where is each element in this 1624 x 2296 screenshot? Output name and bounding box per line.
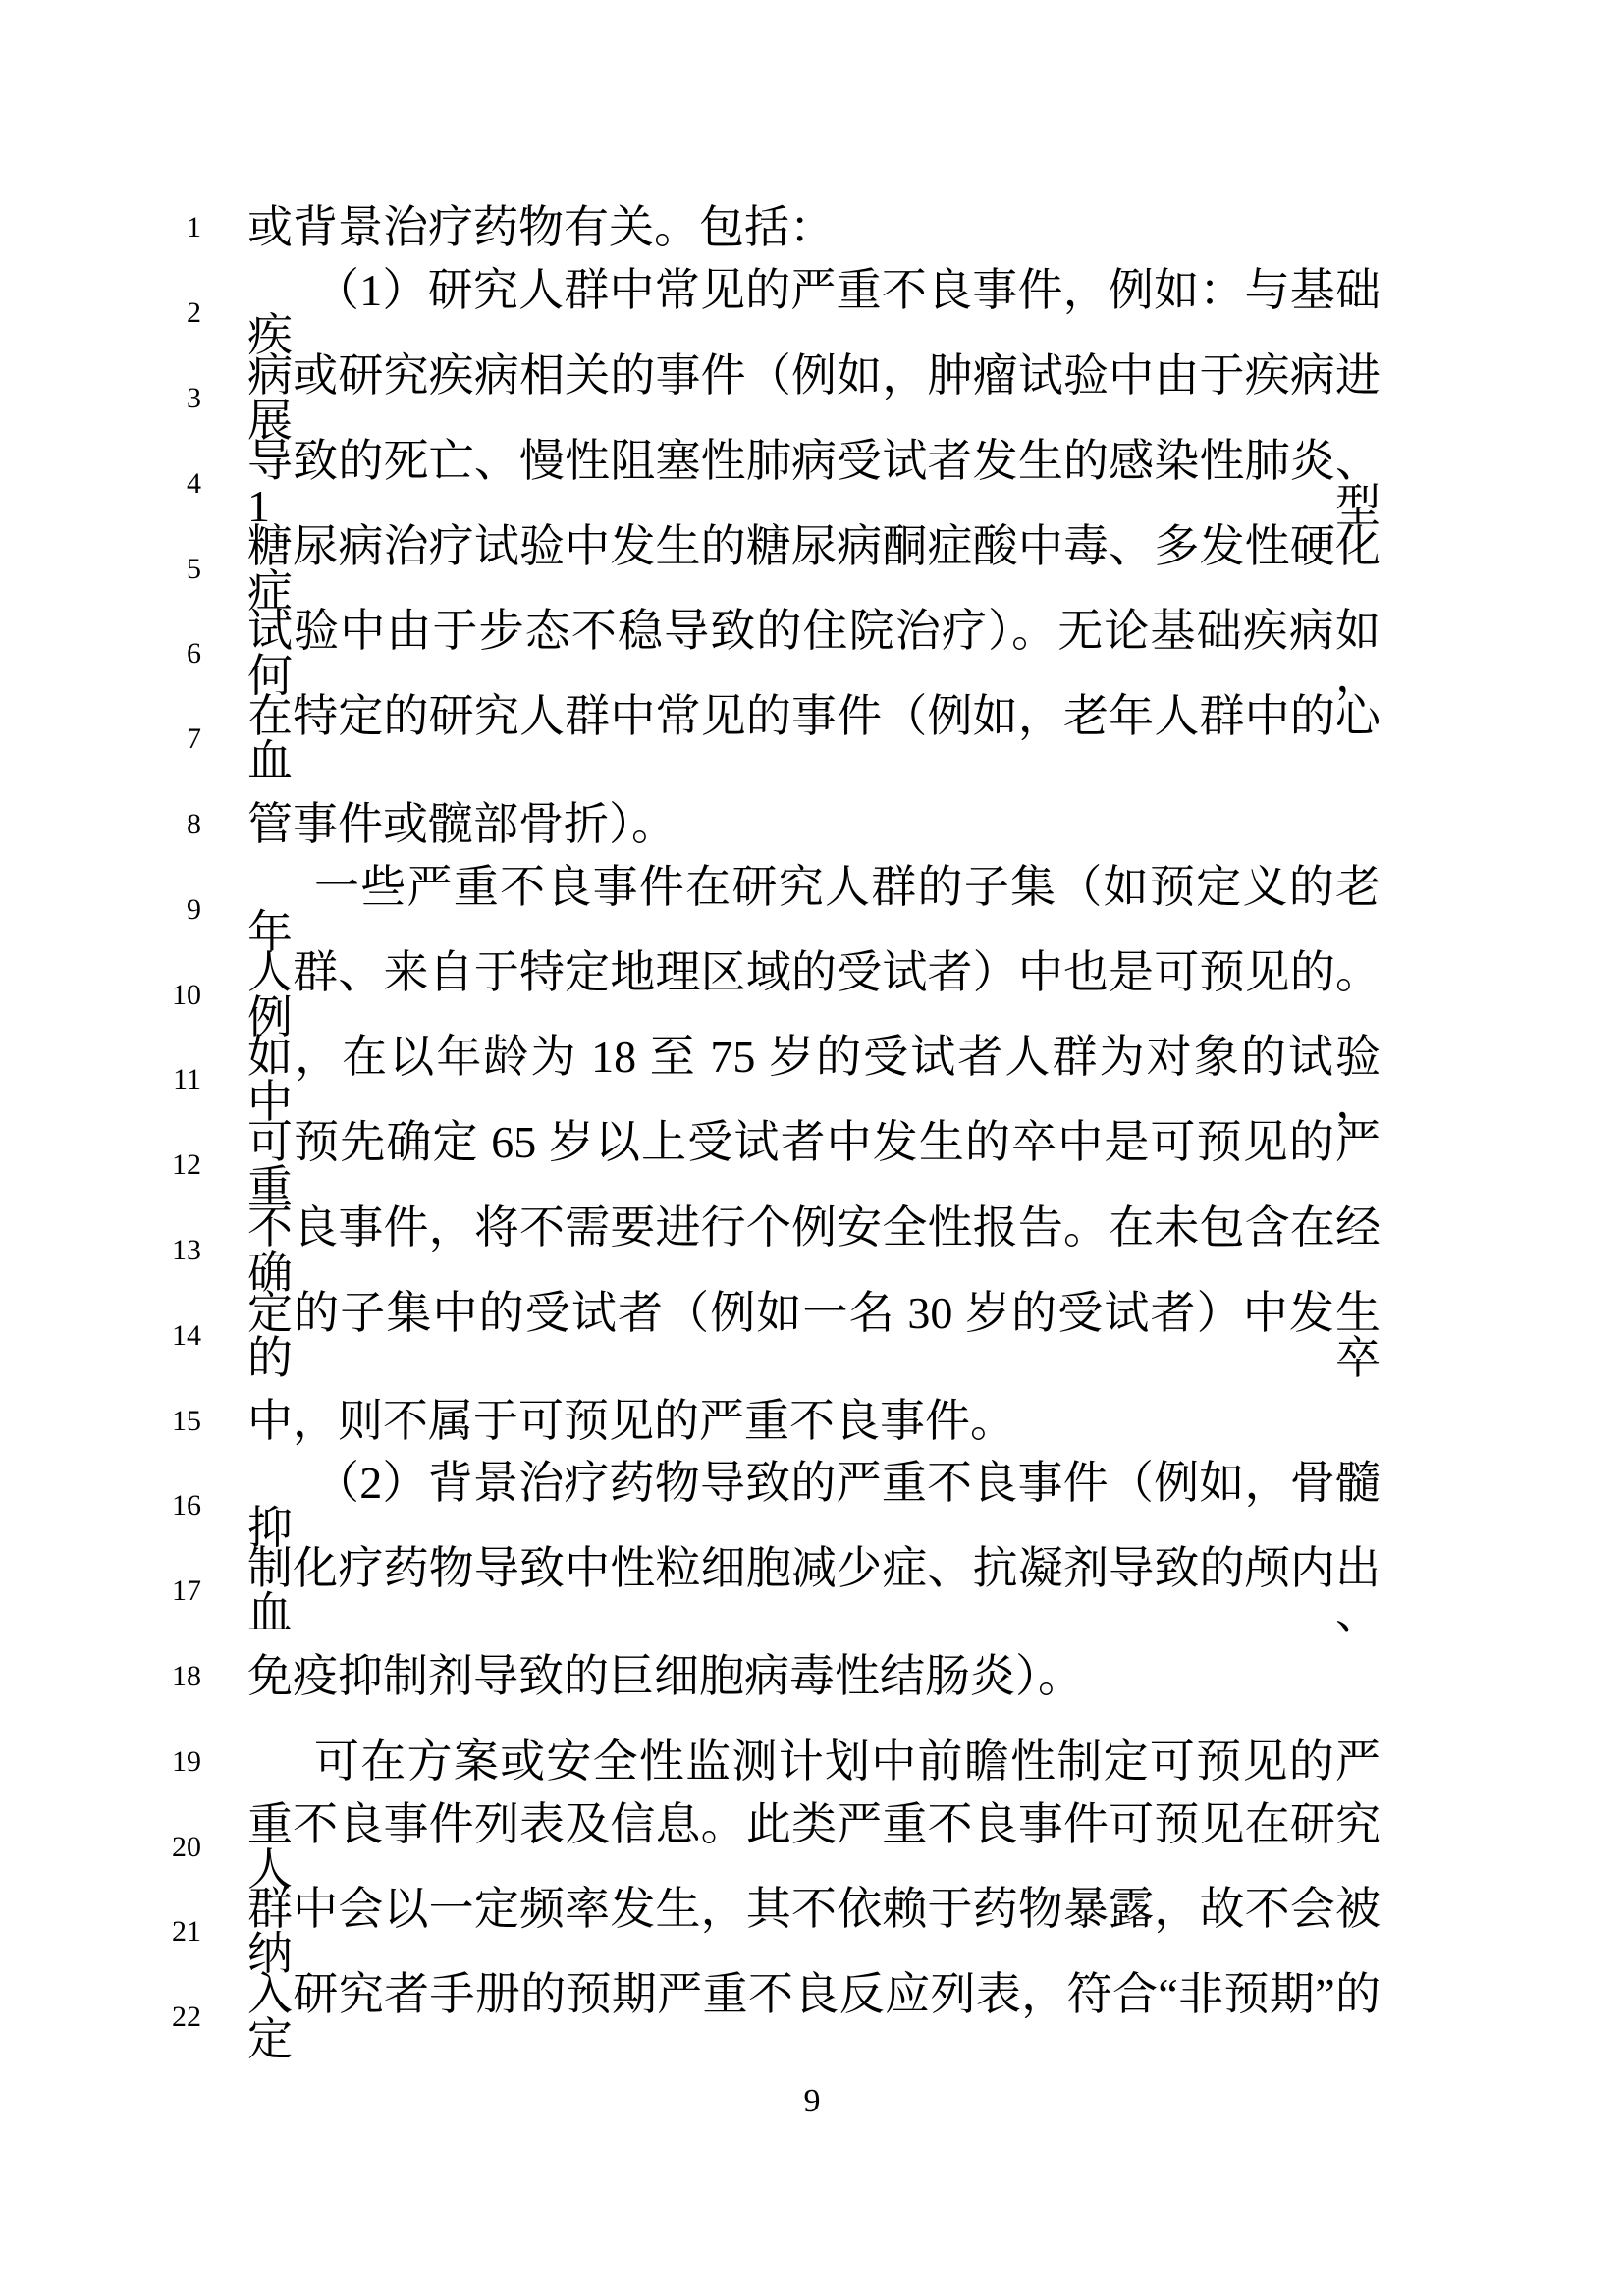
- line-number: 7: [137, 724, 201, 754]
- text-line: 22 入研究者手册的预期严重不良反应列表，符合“非预期”的定: [0, 1975, 1624, 2060]
- line-number: 9: [137, 895, 201, 925]
- text-line: 13 不良事件，将不需要进行个例安全性报告。在未包含在经确: [0, 1208, 1624, 1294]
- line-number: 2: [137, 298, 201, 328]
- line-number: 15: [137, 1407, 201, 1436]
- line-number: 6: [137, 639, 201, 668]
- line-number: 16: [137, 1491, 201, 1521]
- line-text: 在特定的研究人群中常见的事件（例如，老年人群中的心血: [247, 694, 1380, 784]
- text-line: 7 在特定的研究人群中常见的事件（例如，老年人群中的心血: [0, 697, 1624, 782]
- line-text: 试验中由于步态不稳导致的住院治疗）。无论基础疾病如何，: [247, 609, 1380, 699]
- line-text: 中，则不属于可预见的严重不良事件。: [247, 1399, 1380, 1444]
- line-text: 糖尿病治疗试验中发生的糖尿病酮症酸中毒、多发性硬化症: [247, 524, 1380, 614]
- line-number: 20: [137, 1833, 201, 1862]
- line-text: 病或研究疾病相关的事件（例如，肿瘤试验中由于疾病进展: [247, 353, 1380, 444]
- line-number: 17: [137, 1576, 201, 1606]
- line-number: 5: [137, 555, 201, 584]
- text-line: 12 可预先确定 65 岁以上受试者中发生的卒中是可预见的严重: [0, 1123, 1624, 1208]
- line-number: 19: [137, 1747, 201, 1777]
- document-body: 1 或背景治疗药物有关。包括： 2 （1）研究人群中常见的严重不良事件，例如：与…: [0, 186, 1624, 2060]
- line-text: 可在方案或安全性监测计划中前瞻性制定可预见的严: [247, 1739, 1380, 1785]
- text-line: 8 管事件或髋部骨折）。: [0, 782, 1624, 868]
- line-text: 人群、来自于特定地理区域的受试者）中也是可预见的。例: [247, 950, 1380, 1041]
- line-number: 11: [137, 1065, 201, 1095]
- document-page: 1 或背景治疗药物有关。包括： 2 （1）研究人群中常见的严重不良事件，例如：与…: [0, 0, 1624, 2296]
- line-number: 4: [137, 469, 201, 499]
- line-text: 如，在以年龄为 18 至 75 岁的受试者人群为对象的试验中，: [247, 1035, 1380, 1125]
- text-line: 6 试验中由于步态不稳导致的住院治疗）。无论基础疾病如何，: [0, 612, 1624, 697]
- text-line: 3 病或研究疾病相关的事件（例如，肿瘤试验中由于疾病进展: [0, 356, 1624, 442]
- line-number: 10: [137, 981, 201, 1010]
- line-number: 8: [137, 810, 201, 839]
- line-number: 3: [137, 384, 201, 413]
- line-text: 免疫抑制剂导致的巨细胞病毒性结肠炎）。: [247, 1654, 1380, 1699]
- text-line: 9 一些严重不良事件在研究人群的子集（如预定义的老年: [0, 867, 1624, 952]
- line-text: 导致的死亡、慢性阻塞性肺病受试者发生的感染性肺炎、1 型: [247, 439, 1380, 529]
- text-line: 1 或背景治疗药物有关。包括：: [0, 186, 1624, 271]
- line-number: 13: [137, 1236, 201, 1265]
- line-text: 不良事件，将不需要进行个例安全性报告。在未包含在经确: [247, 1205, 1380, 1296]
- line-text: 可预先确定 65 岁以上受试者中发生的卒中是可预见的严重: [247, 1120, 1380, 1210]
- text-line: 5 糖尿病治疗试验中发生的糖尿病酮症酸中毒、多发性硬化症: [0, 526, 1624, 612]
- line-text: 一些严重不良事件在研究人群的子集（如预定义的老年: [247, 865, 1380, 955]
- line-number: 14: [137, 1321, 201, 1351]
- text-line: 18 免疫抑制剂导致的巨细胞病毒性结肠炎）。: [0, 1634, 1624, 1720]
- line-text: 或背景治疗药物有关。包括：: [247, 205, 1380, 250]
- text-line: 15 中，则不属于可预见的严重不良事件。: [0, 1378, 1624, 1464]
- line-text: 入研究者手册的预期严重不良反应列表，符合“非预期”的定: [247, 1972, 1380, 2062]
- line-number: 12: [137, 1150, 201, 1180]
- text-line: 19 可在方案或安全性监测计划中前瞻性制定可预见的严: [0, 1719, 1624, 1804]
- line-number: 22: [137, 2002, 201, 2032]
- text-line: 16 （2）背景治疗药物导致的严重不良事件（例如，骨髓抑: [0, 1464, 1624, 1549]
- text-line: 14 定的子集中的受试者（例如一名 30 岁的受试者）中发生的卒: [0, 1293, 1624, 1378]
- line-text: 重不良事件列表及信息。此类严重不良事件可预见在研究人: [247, 1802, 1380, 1893]
- line-text: 群中会以一定频率发生，其不依赖于药物暴露，故不会被纳: [247, 1887, 1380, 1977]
- line-text: （1）研究人群中常见的严重不良事件，例如：与基础疾: [247, 268, 1380, 358]
- page-number: 9: [0, 2085, 1624, 2118]
- line-text: （2）背景治疗药物导致的严重不良事件（例如，骨髓抑: [247, 1461, 1380, 1551]
- text-line: 10 人群、来自于特定地理区域的受试者）中也是可预见的。例: [0, 952, 1624, 1038]
- line-number: 21: [137, 1917, 201, 1947]
- text-line: 11 如，在以年龄为 18 至 75 岁的受试者人群为对象的试验中，: [0, 1038, 1624, 1123]
- line-text: 管事件或髋部骨折）。: [247, 802, 1380, 847]
- line-text: 制化疗药物导致中性粒细胞减少症、抗凝剂导致的颅内出血、: [247, 1546, 1380, 1636]
- text-line: 4 导致的死亡、慢性阻塞性肺病受试者发生的感染性肺炎、1 型: [0, 441, 1624, 526]
- line-number: 18: [137, 1662, 201, 1691]
- text-line: 20 重不良事件列表及信息。此类严重不良事件可预见在研究人: [0, 1804, 1624, 1890]
- text-line: 21 群中会以一定频率发生，其不依赖于药物暴露，故不会被纳: [0, 1890, 1624, 1975]
- line-text: 定的子集中的受试者（例如一名 30 岁的受试者）中发生的卒: [247, 1291, 1380, 1381]
- text-line: 2 （1）研究人群中常见的严重不良事件，例如：与基础疾: [0, 271, 1624, 356]
- text-line: 17 制化疗药物导致中性粒细胞减少症、抗凝剂导致的颅内出血、: [0, 1549, 1624, 1634]
- line-number: 1: [137, 213, 201, 242]
